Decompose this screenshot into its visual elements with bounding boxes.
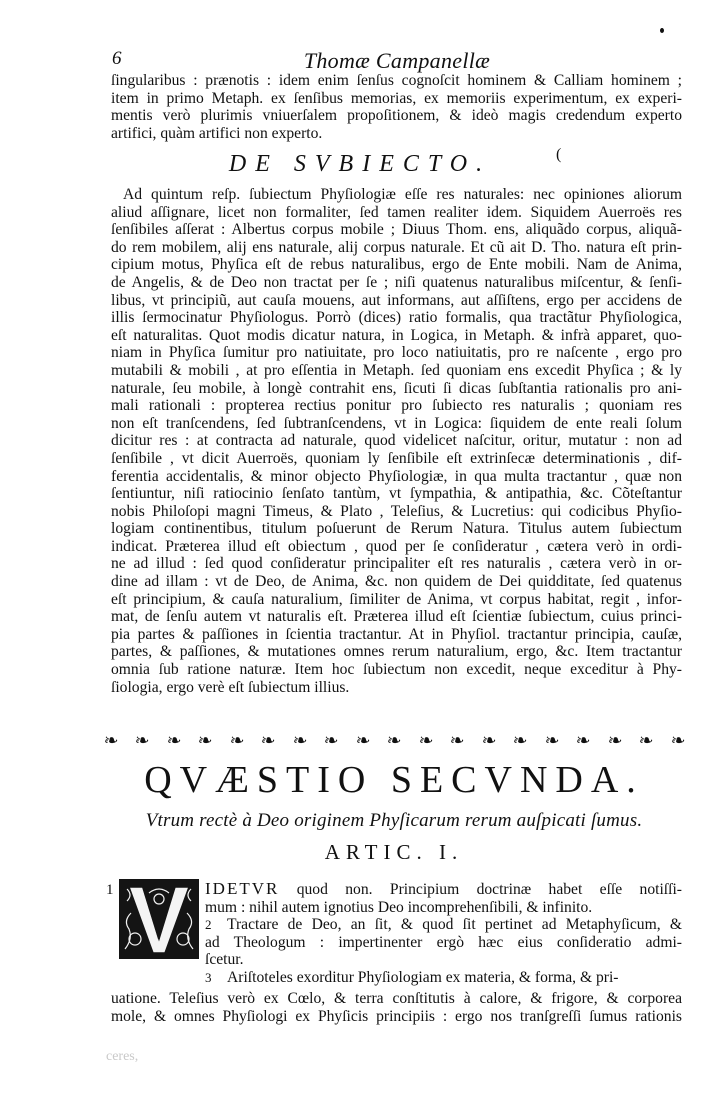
article-items-beside-initial: IDETVR quod non. Principium doctrinæ hab…	[205, 880, 682, 987]
text-line: uatione. Teleſius verò ex Cœlo, & terra …	[111, 990, 682, 1008]
item-number: 2	[205, 916, 227, 934]
text-line: de Angelis, & de Deo non tractat per ſe …	[111, 274, 682, 292]
ornamental-border: ❧❧❧❧❧❧❧❧❧❧❧❧❧❧❧❧❧❧❧	[104, 730, 684, 752]
fleuron-icon: ❧	[450, 731, 464, 751]
article-line: 3Ariſtoteles exorditur Phyſiologiam ex m…	[205, 969, 682, 987]
text-line: mutabili & mobili , at pro eſſentia in M…	[111, 362, 682, 380]
book-page: 6 Thomæ Campanellæ ſingularibus : prænot…	[0, 0, 713, 1113]
article-line: ſcetur.	[205, 951, 682, 969]
article-continuation: uatione. Teleſius verò ex Cœlo, & terra …	[111, 990, 682, 1025]
fleuron-icon: ❧	[293, 731, 307, 751]
fleuron-icon: ❧	[513, 731, 527, 751]
text-line: mole, & omnes Phyſiologi ex Phyſicis pri…	[111, 1008, 682, 1026]
text-line: non eſt tranſcendens, ſed ſubtranſcenden…	[111, 415, 682, 433]
running-title: Thomæ Campanellæ	[112, 48, 682, 74]
section-heading-de-subiecto: DE SVBIECTO.	[100, 151, 620, 178]
running-head: 6 Thomæ Campanellæ	[112, 48, 682, 72]
fleuron-icon: ❧	[419, 731, 433, 751]
text-line: libus, vt principiũ, aut cauſa mouens, a…	[111, 292, 682, 310]
ink-speck	[660, 28, 664, 33]
drop-cap-continuation: IDETVR	[205, 880, 279, 898]
text-line: naturale, ſeu mobile, à longè contrahit …	[111, 380, 682, 398]
margin-number: 1	[106, 882, 114, 899]
text-line: aliud aſſignare, licet non formaliter, ſ…	[111, 204, 682, 222]
questio-title: QVÆSTIO SECVNDA.	[104, 758, 684, 802]
text-line: ſentiuntur, niſi ratiocinio ſenſato tant…	[111, 485, 682, 503]
text-line: item in primo Metaph. ex ſenſibus memori…	[111, 90, 682, 108]
text-line: cipium motus, Phyſica eſt de rebus natur…	[111, 256, 682, 274]
text-line: dine ad illam : vt de Deo, de Anima, &c.…	[111, 573, 682, 591]
fleuron-icon: ❧	[670, 731, 684, 751]
text-line: do rem mobilem, alij ens naturale, alij …	[111, 239, 682, 257]
fleuron-icon: ❧	[639, 731, 653, 751]
text-line: Ad quintum reſp. ſubiectum Phyſiologiæ e…	[111, 186, 682, 204]
article-line: mum : nihil autem ignotius Deo incompreh…	[205, 899, 682, 917]
text-line: nobis Philoſopi magni Timeus, & Plato , …	[111, 503, 682, 521]
text-line: mentis verò plurimis vniuerſalem propoſi…	[111, 107, 682, 125]
text-line: dicitur res : at contracta ad naturale, …	[111, 432, 682, 450]
fleuron-icon: ❧	[544, 731, 558, 751]
fleuron-icon: ❧	[607, 731, 621, 751]
article-heading: ARTIC. I.	[104, 840, 684, 865]
article-line: ad Theologum : impertinenter ergò hæc ei…	[205, 934, 682, 952]
fleuron-icon: ❧	[324, 731, 338, 751]
text-line: omnia ſub ratione naturæ. Item hoc ſubie…	[111, 661, 682, 679]
text-line: illis ſermocinatur Phyſiologus. Porrò (d…	[111, 309, 682, 327]
text-line: mali rationali : propterea rectius ponit…	[111, 397, 682, 415]
article-line: 2Tractare de Deo, an ſit, & quod ſit per…	[205, 916, 682, 934]
decorated-initial-v-icon	[119, 879, 199, 959]
fleuron-icon: ❧	[576, 731, 590, 751]
text-line: ne ad illud : ſed quod conſideratur prin…	[111, 555, 682, 573]
fleuron-icon: ❧	[167, 731, 181, 751]
stray-mark: (	[556, 146, 561, 164]
text-line: ſenſibiles aſſerat : Albertus corpus mob…	[111, 221, 682, 239]
bleedthrough-text: ceres,	[106, 1049, 138, 1065]
text-line: ſenſibile , vt dicit Auerroës, quoniam l…	[111, 450, 682, 468]
article-line: IDETVR quod non. Principium doctrinæ hab…	[205, 880, 682, 899]
item-number: 3	[205, 969, 227, 987]
fleuron-icon: ❧	[387, 731, 401, 751]
text-line: ſiologia, ergo verè eſt ſubiectum illius…	[111, 679, 682, 697]
text-line: eſt naturalitas. Quot modis dicatur natu…	[111, 327, 682, 345]
text-line: logiam continentibus, titulum poſuerunt …	[111, 520, 682, 538]
text-line: indicat. Præterea illud eſt obiectum , q…	[111, 538, 682, 556]
fleuron-icon: ❧	[261, 731, 275, 751]
fleuron-icon: ❧	[198, 731, 212, 751]
text-line: ferentia accidentalis, & minor objecto P…	[111, 468, 682, 486]
text-line: eſt principium, & cauſa naturalium, ſimi…	[111, 591, 682, 609]
fleuron-icon: ❧	[135, 731, 149, 751]
text-line: mat, de ſenſu autem vt naturalis eſt. Pr…	[111, 608, 682, 626]
subiecto-paragraph: Ad quintum reſp. ſubiectum Phyſiologiæ e…	[111, 186, 682, 696]
questio-subtitle: Vtrum rectè à Deo originem Phyſicarum re…	[104, 810, 684, 832]
fleuron-icon: ❧	[104, 731, 118, 751]
fleuron-icon: ❧	[230, 731, 244, 751]
text-line: ſingularibus : prænotis : idem enim ſenſ…	[111, 72, 682, 90]
text-line: artifici, quàm artifici non experto.	[111, 125, 682, 143]
text-line: niam in Phyſica ſumitur pro natiuitate, …	[111, 344, 682, 362]
fleuron-icon: ❧	[481, 731, 495, 751]
text-line: partes, & paſſiones, & mutationes omnes …	[111, 643, 682, 661]
fleuron-icon: ❧	[356, 731, 370, 751]
intro-paragraph: ſingularibus : prænotis : idem enim ſenſ…	[111, 72, 682, 142]
text-line: pia partes & paſſiones in ſcientia tract…	[111, 626, 682, 644]
